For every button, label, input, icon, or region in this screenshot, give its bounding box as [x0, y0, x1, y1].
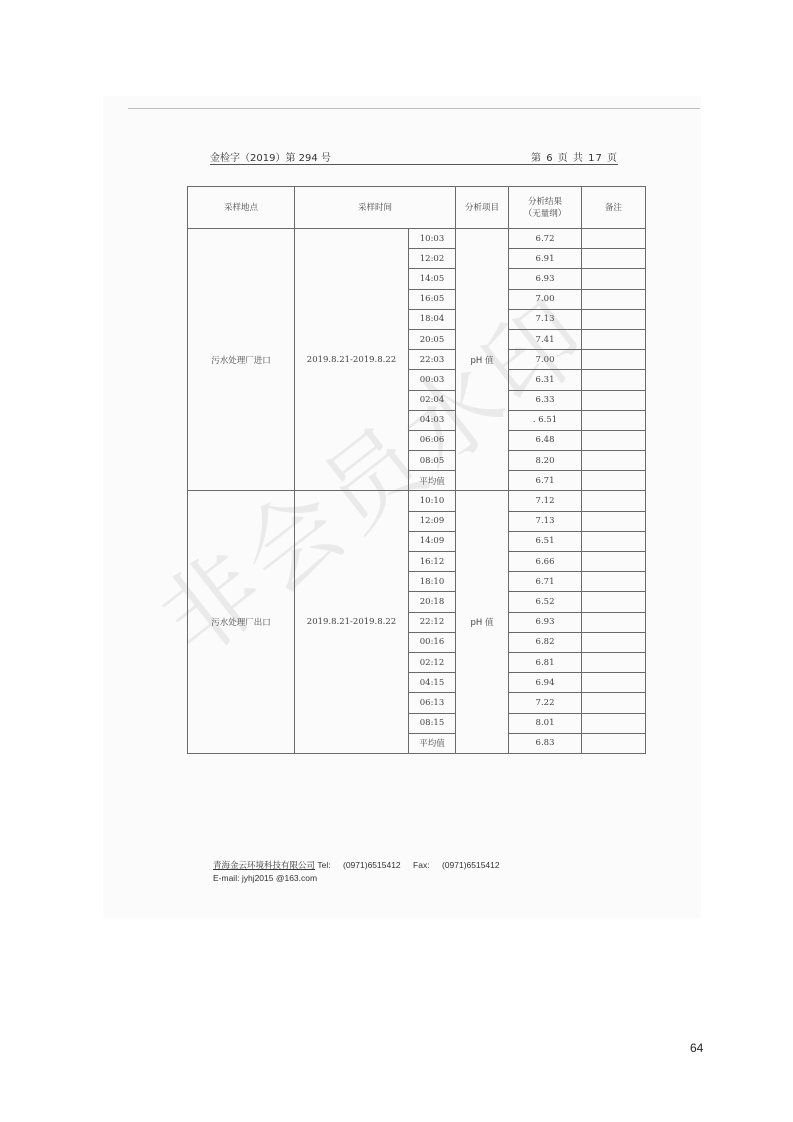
- table-row: 污水处理厂出口2019.8.21-2019.8.2210:10pH 值7.12: [188, 491, 646, 511]
- table-header-row: 采样地点 采样时间 分析项目 分析结果 （无量纲） 备注: [188, 187, 646, 229]
- ph-result-value: 6.72: [509, 229, 582, 249]
- remark-cell: [582, 229, 646, 249]
- sampling-time: 04:15: [409, 673, 456, 693]
- ph-result-value: 6.93: [509, 269, 582, 289]
- column-header-time: 采样时间: [295, 187, 456, 229]
- ph-result-value: 7.13: [509, 309, 582, 329]
- remark-cell: [582, 531, 646, 551]
- analysis-item: pH 值: [456, 229, 509, 491]
- ph-result-value: 7.00: [509, 350, 582, 370]
- remark-cell: [582, 370, 646, 390]
- remark-cell: [582, 350, 646, 370]
- remark-cell: [582, 471, 646, 491]
- sampling-time: 18:10: [409, 572, 456, 592]
- remark-cell: [582, 592, 646, 612]
- ph-result-value: 6.93: [509, 612, 582, 632]
- fax-number: (0971)6515412: [442, 860, 500, 870]
- ph-result-value: 7.22: [509, 693, 582, 713]
- remark-cell: [582, 329, 646, 349]
- ph-result-value: 7.13: [509, 511, 582, 531]
- remark-cell: [582, 390, 646, 410]
- sampling-time: 08:05: [409, 451, 456, 471]
- sampling-time: 14:09: [409, 531, 456, 551]
- sampling-time: 08:15: [409, 713, 456, 733]
- sampling-location: 污水处理厂出口: [188, 491, 295, 753]
- sampling-time: 20:05: [409, 329, 456, 349]
- sampling-time: 10:10: [409, 491, 456, 511]
- remark-cell: [582, 491, 646, 511]
- remark-cell: [582, 309, 646, 329]
- remark-cell: [582, 430, 646, 450]
- column-header-location: 采样地点: [188, 187, 295, 229]
- remark-cell: [582, 552, 646, 572]
- sampling-location: 污水处理厂进口: [188, 229, 295, 491]
- ph-result-value: 6.71: [509, 572, 582, 592]
- ph-result-value: 6.81: [509, 652, 582, 672]
- sampling-time: 14:05: [409, 269, 456, 289]
- remark-cell: [582, 410, 646, 430]
- ph-result-value: 6.48: [509, 430, 582, 450]
- sampling-time: 12:02: [409, 249, 456, 269]
- email-label: E-mail:: [213, 873, 239, 883]
- company-name: 青海金云环境科技有限公司: [213, 860, 315, 870]
- remark-cell: [582, 289, 646, 309]
- ph-result-value: 7.12: [509, 491, 582, 511]
- sampling-time: 06:06: [409, 430, 456, 450]
- sampling-date-range: 2019.8.21-2019.8.22: [295, 229, 409, 491]
- ph-results-table: 采样地点 采样时间 分析项目 分析结果 （无量纲） 备注 污水处理厂进口2019…: [187, 186, 646, 754]
- sampling-time: 18:04: [409, 309, 456, 329]
- sampling-time: 16:05: [409, 289, 456, 309]
- average-label: 平均值: [409, 733, 456, 753]
- result-header-line2: （无量纲）: [509, 208, 581, 220]
- sampling-time: 12:09: [409, 511, 456, 531]
- sampling-time: 10:03: [409, 229, 456, 249]
- page-number: 64: [690, 1041, 703, 1055]
- remark-cell: [582, 269, 646, 289]
- sampling-time: 02:04: [409, 390, 456, 410]
- column-header-remark: 备注: [582, 187, 646, 229]
- remark-cell: [582, 632, 646, 652]
- remark-cell: [582, 511, 646, 531]
- sampling-time: 06:13: [409, 693, 456, 713]
- sampling-time: 22:03: [409, 350, 456, 370]
- remark-cell: [582, 673, 646, 693]
- ph-result-value: . 6.51: [509, 410, 582, 430]
- document-header: 金检字（2019）第 294 号 第 6 页 共 17 页: [210, 148, 618, 165]
- ph-result-value: 6.91: [509, 249, 582, 269]
- ph-result-value: 6.31: [509, 370, 582, 390]
- sampling-date-range: 2019.8.21-2019.8.22: [295, 491, 409, 753]
- column-header-item: 分析项目: [456, 187, 509, 229]
- remark-cell: [582, 572, 646, 592]
- sampling-time: 00:16: [409, 632, 456, 652]
- ph-result-value: 6.51: [509, 531, 582, 551]
- result-header-line1: 分析结果: [509, 196, 581, 208]
- tel-number: (0971)6515412: [343, 860, 401, 870]
- ph-result-value: 6.33: [509, 390, 582, 410]
- ph-result-value: 8.01: [509, 713, 582, 733]
- ph-result-value: 6.82: [509, 632, 582, 652]
- remark-cell: [582, 733, 646, 753]
- tel-label: Tel:: [317, 860, 330, 870]
- analysis-item: pH 值: [456, 491, 509, 753]
- table-row: 污水处理厂进口2019.8.21-2019.8.2210:03pH 值6.72: [188, 229, 646, 249]
- email-address: jyhj2015 @163.com: [242, 873, 317, 883]
- remark-cell: [582, 451, 646, 471]
- remark-cell: [582, 249, 646, 269]
- fax-label: Fax:: [413, 860, 430, 870]
- ph-result-value: 6.83: [509, 733, 582, 753]
- sampling-time: 22:12: [409, 612, 456, 632]
- sampling-time: 20:18: [409, 592, 456, 612]
- page-info: 第 6 页 共 17 页: [531, 149, 618, 164]
- report-number: 金检字（2019）第 294 号: [210, 149, 331, 164]
- sampling-time: 00:03: [409, 370, 456, 390]
- remark-cell: [582, 693, 646, 713]
- company-footer: 青海金云环境科技有限公司 Tel: (0971)6515412 Fax: (09…: [213, 859, 500, 885]
- sampling-time: 02:12: [409, 652, 456, 672]
- ph-result-value: 7.41: [509, 329, 582, 349]
- ph-result-value: 6.71: [509, 471, 582, 491]
- remark-cell: [582, 612, 646, 632]
- ph-result-value: 6.94: [509, 673, 582, 693]
- scan-edge-line: [128, 108, 700, 109]
- ph-result-value: 6.66: [509, 552, 582, 572]
- ph-result-value: 6.52: [509, 592, 582, 612]
- ph-result-value: 8.20: [509, 451, 582, 471]
- average-label: 平均值: [409, 471, 456, 491]
- sampling-time: 16:12: [409, 552, 456, 572]
- remark-cell: [582, 652, 646, 672]
- ph-result-value: 7.00: [509, 289, 582, 309]
- remark-cell: [582, 713, 646, 733]
- sampling-time: 04:03: [409, 410, 456, 430]
- column-header-result: 分析结果 （无量纲）: [509, 187, 582, 229]
